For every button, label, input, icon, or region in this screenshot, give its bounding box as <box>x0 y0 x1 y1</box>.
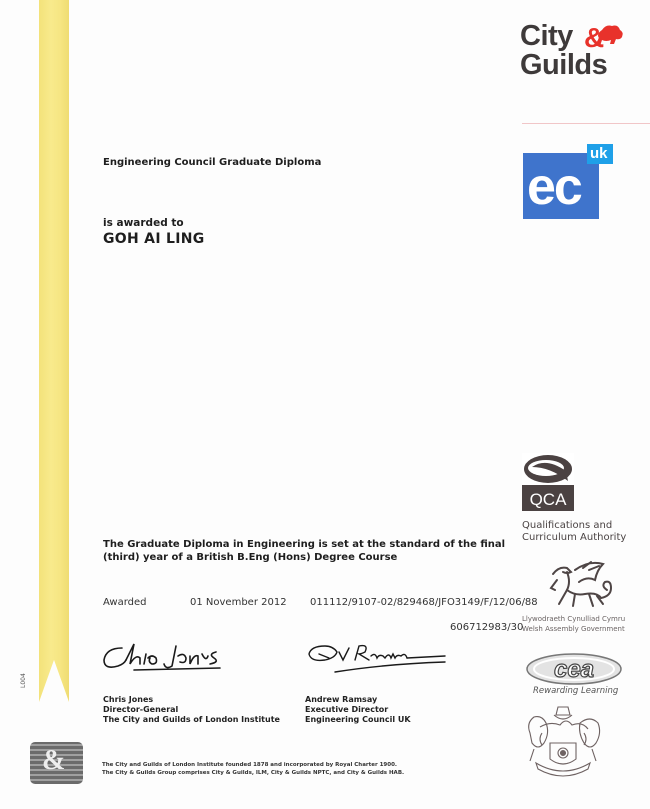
qca-logo-icon: QCA <box>522 453 574 511</box>
standard-statement: The Graduate Diploma in Engineering is s… <box>103 538 523 564</box>
signatory-role: Executive Director <box>305 705 411 715</box>
welsh-assembly-caption: Llywodraeth Cynulliad Cymru Welsh Assemb… <box>522 614 625 634</box>
qca-caption-line2: Curriculum Authority <box>522 532 626 544</box>
signatory-name: Chris Jones <box>103 695 280 705</box>
signatory-role: Director-General <box>103 705 280 715</box>
signatory-andrew-ramsay: Andrew Ramsay Executive Director Enginee… <box>305 695 411 725</box>
city-guilds-logo: City & Guilds <box>520 20 630 82</box>
reference-number: 011112/9107-02/829468/JFO3149/F/12/06/88 <box>310 597 538 608</box>
signature-andrew-ramsay <box>305 640 450 675</box>
divider-rule <box>522 123 650 124</box>
uk-badge-text: uk <box>590 145 608 162</box>
standard-line-2: (third) year of a British B.Eng (Hons) D… <box>103 551 523 564</box>
coat-of-arms-icon <box>520 703 606 783</box>
footer-line-1: The City and Guilds of London Institute … <box>102 761 404 769</box>
welsh-caption-line2: Welsh Assembly Government <box>522 624 625 634</box>
awarded-label: Awarded <box>103 597 147 608</box>
yellow-ribbon <box>39 0 69 702</box>
awarded-to-label: is awarded to <box>103 217 184 229</box>
welsh-caption-line1: Llywodraeth Cynulliad Cymru <box>522 614 625 624</box>
signatory-org: Engineering Council UK <box>305 715 411 725</box>
signature-chris-jones <box>100 640 230 675</box>
ampersand-lion-icon: & <box>584 22 628 52</box>
svg-text:cea: cea <box>554 656 594 683</box>
standard-line-1: The Graduate Diploma in Engineering is s… <box>103 538 523 551</box>
diploma-title: Engineering Council Graduate Diploma <box>103 157 321 168</box>
logo-word-guilds: Guilds <box>520 51 607 80</box>
recipient-name: GOH AI LING <box>103 231 205 247</box>
footer-line-2: The City & Guilds Group comprises City &… <box>102 769 404 777</box>
qca-caption: Qualifications and Curriculum Authority <box>522 520 626 544</box>
welsh-dragon-icon <box>545 560 617 612</box>
signatory-org: The City and Guilds of London Institute <box>103 715 280 725</box>
awarded-date: 01 November 2012 <box>190 597 287 608</box>
footer-notice: The City and Guilds of London Institute … <box>102 761 404 777</box>
cea-logo-icon: cea <box>525 653 623 685</box>
cea-tagline: Rewarding Learning <box>533 686 618 696</box>
ec-logo-text: ec <box>527 161 581 213</box>
city-guilds-seal-icon: & <box>30 742 83 784</box>
qca-caption-line1: Qualifications and <box>522 520 626 532</box>
svg-text:QCA: QCA <box>530 490 568 509</box>
signatory-name: Andrew Ramsay <box>305 695 411 705</box>
logo-word-city: City <box>520 22 573 51</box>
ribbon-code: L004 <box>20 673 27 688</box>
signatory-chris-jones: Chris Jones Director-General The City an… <box>103 695 280 725</box>
uk-badge: uk <box>587 144 613 164</box>
certificate-number: 606712983/30 <box>450 622 523 633</box>
